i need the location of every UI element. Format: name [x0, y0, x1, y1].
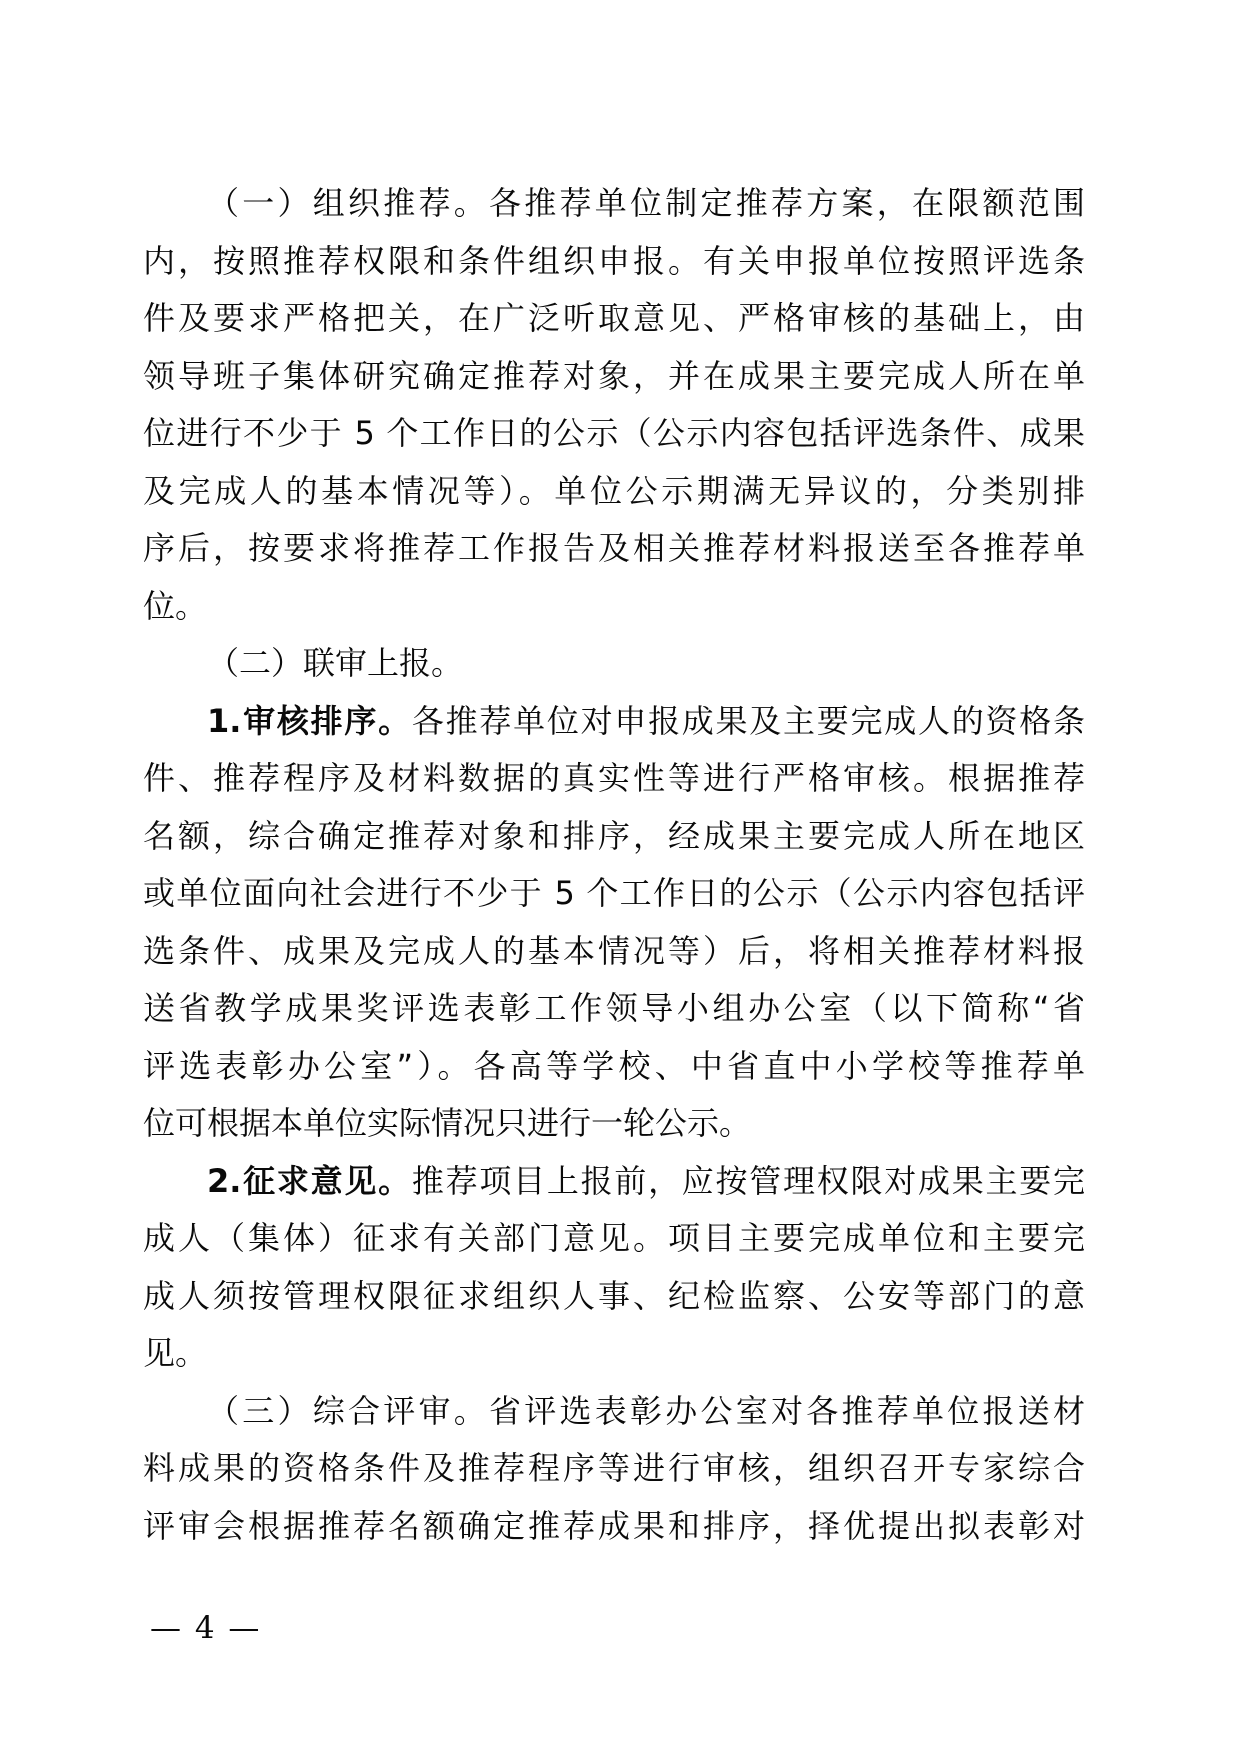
body-text: 成人（集体）征求有关部门意见。项目主要完成单位和主要完: [143, 1219, 1085, 1257]
body-text: 省评选表彰办公室对各推荐单位报送材: [489, 1392, 1085, 1430]
body-text: 各推荐单位对申报成果及主要完成人的资格条: [412, 702, 1085, 740]
body-text: 位进行不少于 5 个工作日的公示（公示内容包括评选条件、成果: [143, 414, 1085, 452]
text-line: 评选表彰办公室”）。各高等学校、中省直中小学校等推荐单: [143, 1038, 1085, 1096]
body-text: 名额，综合确定推荐对象和排序，经成果主要完成人所在地区: [143, 817, 1085, 855]
text-line: 位进行不少于 5 个工作日的公示（公示内容包括评选条件、成果: [143, 405, 1085, 463]
body-text: 序后，按要求将推荐工作报告及相关推荐材料报送至各推荐单: [143, 529, 1085, 567]
text-line: 件、推荐程序及材料数据的真实性等进行严格审核。根据推荐: [143, 750, 1085, 808]
text-line: 序后，按要求将推荐工作报告及相关推荐材料报送至各推荐单: [143, 520, 1085, 578]
text-line: 1.审核排序。各推荐单位对申报成果及主要完成人的资格条: [143, 693, 1085, 751]
text-line: 见。: [143, 1325, 1085, 1383]
text-line: 名额，综合确定推荐对象和排序，经成果主要完成人所在地区: [143, 808, 1085, 866]
body-text: 件、推荐程序及材料数据的真实性等进行严格审核。根据推荐: [143, 759, 1085, 797]
body-text: 见。: [143, 1334, 207, 1372]
text-line: 料成果的资格条件及推荐程序等进行审核，组织召开专家综合: [143, 1440, 1085, 1498]
text-line: 领导班子集体研究确定推荐对象，并在成果主要完成人所在单: [143, 348, 1085, 406]
text-line: 2.征求意见。推荐项目上报前，应按管理权限对成果主要完: [143, 1153, 1085, 1211]
text-line: （三）综合评审。省评选表彰办公室对各推荐单位报送材: [143, 1383, 1085, 1441]
body-text: 位。: [143, 587, 207, 625]
text-line: （二）联审上报。: [143, 635, 1085, 693]
body-text: 内，按照推荐权限和条件组织申报。有关申报单位按照评选条: [143, 242, 1085, 280]
text-line: 及完成人的基本情况等）。单位公示期满无异议的，分类别排: [143, 463, 1085, 521]
heading-lead-text: （三）综合评审。: [207, 1392, 489, 1430]
text-line: 件及要求严格把关，在广泛听取意见、严格审核的基础上，由: [143, 290, 1085, 348]
body-text: 领导班子集体研究确定推荐对象，并在成果主要完成人所在单: [143, 357, 1085, 395]
text-line: 选条件、成果及完成人的基本情况等）后，将相关推荐材料报: [143, 923, 1085, 981]
text-line: 或单位面向社会进行不少于 5 个工作日的公示（公示内容包括评: [143, 865, 1085, 923]
text-line: 内，按照推荐权限和条件组织申报。有关申报单位按照评选条: [143, 233, 1085, 291]
body-text: 及完成人的基本情况等）。单位公示期满无异议的，分类别排: [143, 472, 1085, 510]
body-text: 料成果的资格条件及推荐程序等进行审核，组织召开专家综合: [143, 1449, 1085, 1487]
body-text: 评选表彰办公室”）。各高等学校、中省直中小学校等推荐单: [143, 1047, 1085, 1085]
heading-lead-text: 2.征求意见。: [207, 1162, 412, 1200]
body-text: 各推荐单位制定推荐方案，在限额范围: [489, 184, 1085, 222]
document-page: （一）组织推荐。各推荐单位制定推荐方案，在限额范围内，按照推荐权限和条件组织申报…: [0, 0, 1241, 1755]
text-line: 成人（集体）征求有关部门意见。项目主要完成单位和主要完: [143, 1210, 1085, 1268]
body-text: 推荐项目上报前，应按管理权限对成果主要完: [412, 1162, 1085, 1200]
body-text: 位可根据本单位实际情况只进行一轮公示。: [143, 1104, 751, 1142]
page-number: — 4 —: [150, 1608, 261, 1648]
body-text: 件及要求严格把关，在广泛听取意见、严格审核的基础上，由: [143, 299, 1085, 337]
text-line: 成人须按管理权限征求组织人事、纪检监察、公安等部门的意: [143, 1268, 1085, 1326]
document-body: （一）组织推荐。各推荐单位制定推荐方案，在限额范围内，按照推荐权限和条件组织申报…: [143, 175, 1085, 1555]
text-line: 位可根据本单位实际情况只进行一轮公示。: [143, 1095, 1085, 1153]
body-text: 或单位面向社会进行不少于 5 个工作日的公示（公示内容包括评: [143, 874, 1085, 912]
body-text: 选条件、成果及完成人的基本情况等）后，将相关推荐材料报: [143, 932, 1085, 970]
body-text: 评审会根据推荐名额确定推荐成果和排序，择优提出拟表彰对: [143, 1507, 1085, 1545]
body-text: 送省教学成果奖评选表彰工作领导小组办公室（以下简称“省: [143, 989, 1085, 1027]
text-line: 位。: [143, 578, 1085, 636]
text-line: （一）组织推荐。各推荐单位制定推荐方案，在限额范围: [143, 175, 1085, 233]
heading-lead-text: 1.审核排序。: [207, 702, 412, 740]
heading-lead-text: （二）联审上报。: [207, 644, 463, 682]
text-line: 送省教学成果奖评选表彰工作领导小组办公室（以下简称“省: [143, 980, 1085, 1038]
text-line: 评审会根据推荐名额确定推荐成果和排序，择优提出拟表彰对: [143, 1498, 1085, 1556]
heading-lead-text: （一）组织推荐。: [207, 184, 489, 222]
body-text: 成人须按管理权限征求组织人事、纪检监察、公安等部门的意: [143, 1277, 1085, 1315]
